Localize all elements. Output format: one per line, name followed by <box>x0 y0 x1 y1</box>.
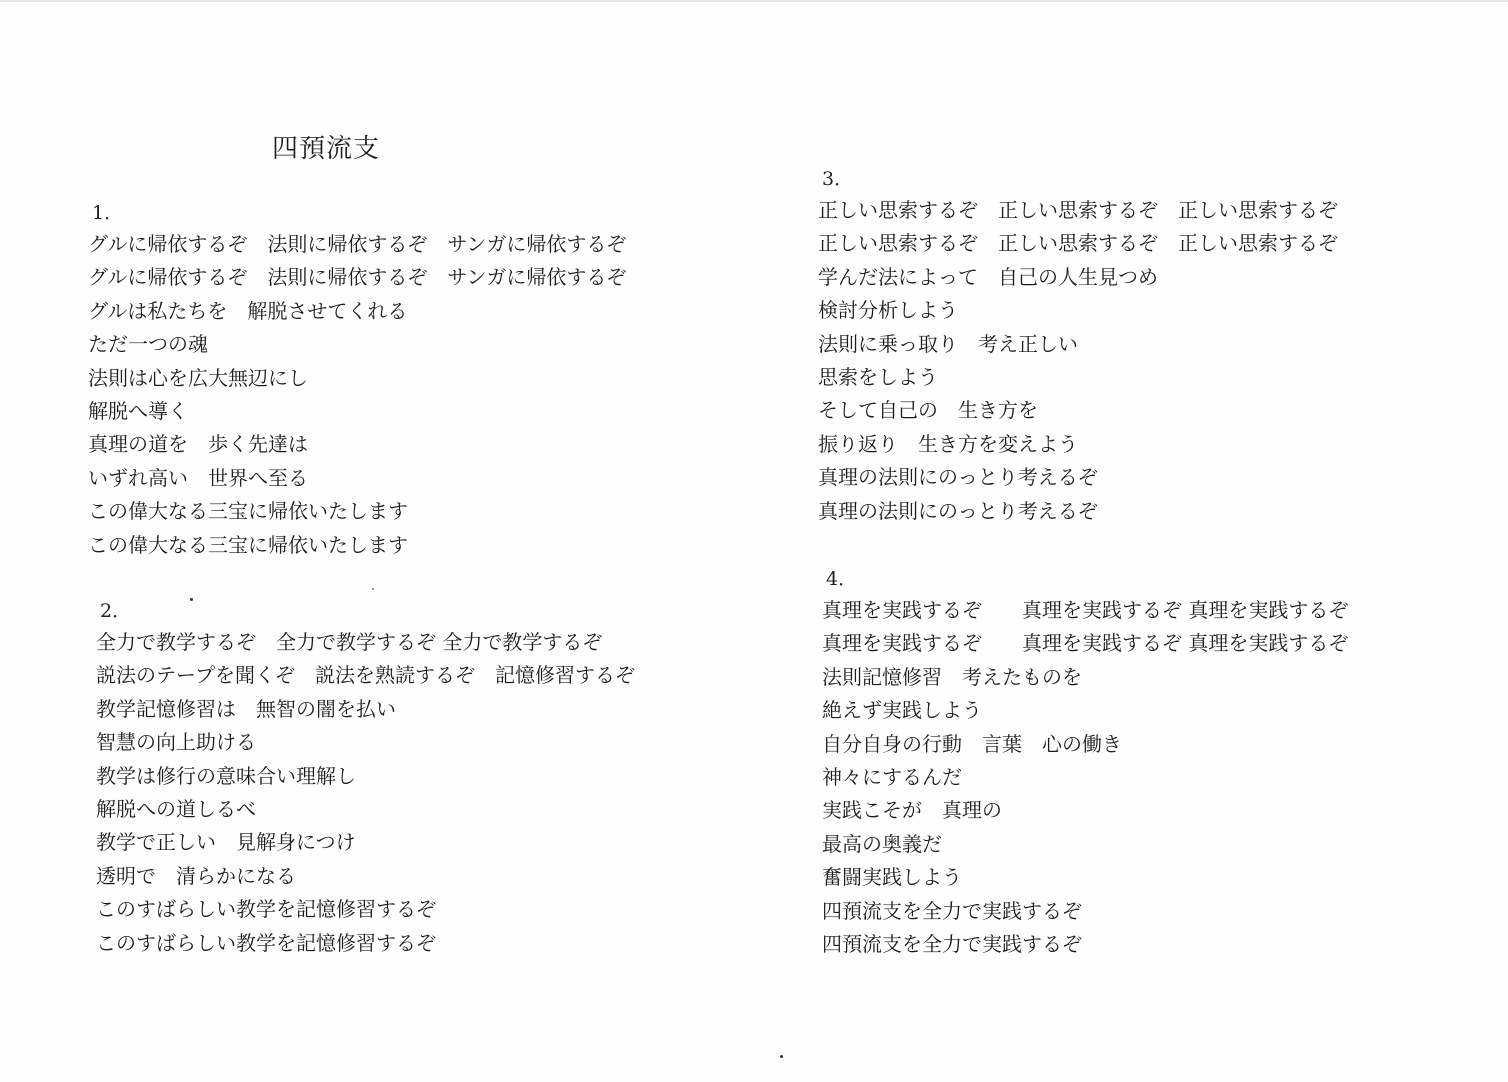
verse-line: 思索をしよう <box>818 361 1338 394</box>
scan-speck <box>190 598 193 601</box>
verse-line: 自分自身の行動 言葉 心の働き <box>822 728 1348 761</box>
verse-line: このすばらしい教学を記憶修習するぞ <box>96 893 635 926</box>
verse-line: 真理の法則にのっとり考えるぞ <box>818 461 1338 494</box>
verse-line: グルに帰依するぞ 法則に帰依するぞ サンガに帰依するぞ <box>88 261 626 294</box>
scanned-page: 四預流支 1． グルに帰依するぞ 法則に帰依するぞ サンガに帰依するぞ グルに帰… <box>0 0 1508 1082</box>
section-4: 4． 真理を実践するぞ 真理を実践するぞ 真理を実践するぞ 真理を実践するぞ 真… <box>822 564 1348 961</box>
verse-line: 真理の法則にのっとり考えるぞ <box>818 495 1338 528</box>
verse-line: 検討分析しよう <box>818 294 1338 327</box>
section-number: 2． <box>100 596 635 626</box>
verse-line: 法則は心を広大無辺にし <box>88 362 626 395</box>
scan-speck <box>372 588 374 590</box>
verse-line: 真理の道を 歩く先達は <box>88 428 626 461</box>
verse-line: 教学記憶修習は 無智の闇を払い <box>96 693 635 726</box>
verse-line: 真理を実践するぞ 真理を実践するぞ 真理を実践するぞ <box>822 627 1348 660</box>
scan-speck <box>780 1055 783 1058</box>
verse-line: 透明で 清らかになる <box>96 860 635 893</box>
section-number: 3． <box>822 164 1338 194</box>
verse-line: 全力で教学するぞ 全力で教学するぞ 全力で教学するぞ <box>96 626 635 659</box>
verse-line: 四預流支を全力で実践するぞ <box>822 895 1348 928</box>
section-number: 1． <box>92 198 626 228</box>
verse-line: 説法のテープを聞くぞ 説法を熟読するぞ 記憶修習するぞ <box>96 659 635 692</box>
verse-line: 真理を実践するぞ 真理を実践するぞ 真理を実践するぞ <box>822 594 1348 627</box>
verse-line: 最高の奥義だ <box>822 828 1348 861</box>
verse-line: 学んだ法によって 自己の人生見つめ <box>818 261 1338 294</box>
verse-line: このすばらしい教学を記憶修習するぞ <box>96 927 635 960</box>
verse-line: 教学は修行の意味合い理解し <box>96 760 635 793</box>
section-2: 2． 全力で教学するぞ 全力で教学するぞ 全力で教学するぞ 説法のテープを聞くぞ… <box>96 596 635 960</box>
verse-line: 振り返り 生き方を変えよう <box>818 428 1338 461</box>
verse-line: 解脱への道しるべ <box>96 793 635 826</box>
document-title: 四預流支 <box>272 128 380 165</box>
verse-line: 奮闘実践しよう <box>822 861 1348 894</box>
verse-line: 四預流支を全力で実践するぞ <box>822 928 1348 961</box>
section-1: 1． グルに帰依するぞ 法則に帰依するぞ サンガに帰依するぞ グルに帰依するぞ … <box>88 198 626 562</box>
verse-line: 法則に乗っ取り 考え正しい <box>818 328 1338 361</box>
verse-line: この偉大なる三宝に帰依いたします <box>88 529 626 562</box>
verse-line: 正しい思索するぞ 正しい思索するぞ 正しい思索するぞ <box>818 194 1338 227</box>
verse-line: 法則記憶修習 考えたものを <box>822 661 1348 694</box>
verse-line: 解脱へ導く <box>88 395 626 428</box>
verse-line: グルは私たちを 解脱させてくれる <box>88 295 626 328</box>
verse-line: この偉大なる三宝に帰依いたします <box>88 495 626 528</box>
verse-line: 神々にするんだ <box>822 761 1348 794</box>
verse-line: 教学で正しい 見解身につけ <box>96 826 635 859</box>
section-number: 4． <box>826 564 1348 594</box>
verse-line: 絶えず実践しよう <box>822 694 1348 727</box>
section-3: 3． 正しい思索するぞ 正しい思索するぞ 正しい思索するぞ 正しい思索するぞ 正… <box>818 164 1338 528</box>
verse-line: 実践こそが 真理の <box>822 794 1348 827</box>
verse-line: いずれ高い 世界へ至る <box>88 462 626 495</box>
verse-line: 正しい思索するぞ 正しい思索するぞ 正しい思索するぞ <box>818 227 1338 260</box>
verse-line: ただ一つの魂 <box>88 328 626 361</box>
verse-line: そして自己の 生き方を <box>818 394 1338 427</box>
verse-line: 智慧の向上助ける <box>96 726 635 759</box>
scan-edge <box>0 0 1508 2</box>
verse-line: グルに帰依するぞ 法則に帰依するぞ サンガに帰依するぞ <box>88 228 626 261</box>
